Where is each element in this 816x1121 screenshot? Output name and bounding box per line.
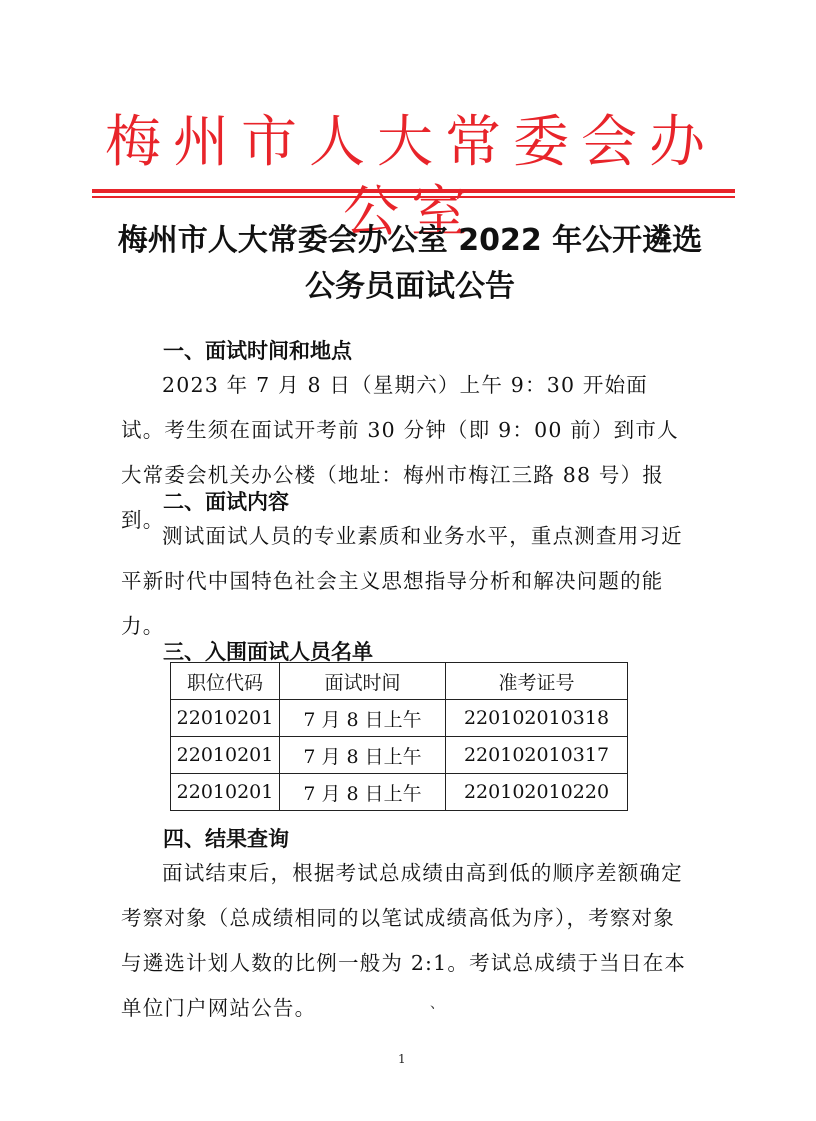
interview-roster-table: 职位代码 面试时间 准考证号 22010201 7 月 8 日上午 220102… — [170, 662, 628, 811]
document-title: 梅州市人大常委会办公室 2022 年公开遴选 公务员面试公告 — [90, 218, 730, 310]
section-body-content: 测试面试人员的专业素质和业务水平，重点测查用习近平新时代中国特色社会主义思想指导… — [121, 514, 691, 649]
table-row: 22010201 7 月 8 日上午 220102010220 — [171, 774, 628, 811]
title-line-1: 梅州市人大常委会办公室 2022 年公开遴选 — [90, 218, 730, 264]
cell-position-code: 22010201 — [171, 737, 280, 774]
header-admission-number: 准考证号 — [446, 663, 628, 700]
title-line-2: 公务员面试公告 — [90, 264, 730, 310]
cell-position-code: 22010201 — [171, 700, 280, 737]
cell-interview-time: 7 月 8 日上午 — [280, 700, 446, 737]
stray-mark: 、 — [430, 993, 444, 1013]
letterhead-rule-thin — [92, 196, 735, 198]
cell-position-code: 22010201 — [171, 774, 280, 811]
cell-admission-number: 220102010317 — [446, 737, 628, 774]
header-position-code: 职位代码 — [171, 663, 280, 700]
section-body-results: 面试结束后，根据考试总成绩由高到低的顺序差额确定考察对象（总成绩相同的以笔试成绩… — [121, 851, 691, 1031]
cell-interview-time: 7 月 8 日上午 — [280, 737, 446, 774]
table-row: 22010201 7 月 8 日上午 220102010318 — [171, 700, 628, 737]
section-heading-time-location: 一、面试时间和地点 — [163, 335, 352, 365]
cell-admission-number: 220102010220 — [446, 774, 628, 811]
cell-admission-number: 220102010318 — [446, 700, 628, 737]
section-heading-content: 二、面试内容 — [163, 486, 289, 516]
header-interview-time: 面试时间 — [280, 663, 446, 700]
section-heading-results: 四、结果查询 — [163, 823, 289, 853]
cell-interview-time: 7 月 8 日上午 — [280, 774, 446, 811]
table-header-row: 职位代码 面试时间 准考证号 — [171, 663, 628, 700]
letterhead-rule-thick — [92, 189, 735, 193]
table-row: 22010201 7 月 8 日上午 220102010317 — [171, 737, 628, 774]
page-number: 1 — [398, 1052, 406, 1066]
